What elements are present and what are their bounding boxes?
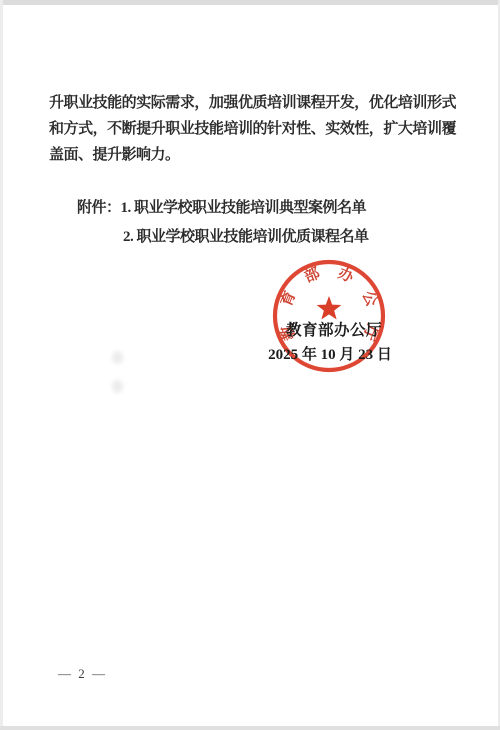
scan-smudge [112,351,123,364]
body-line-2: 和方式，不断提升职业技能培训的针对性、实效性，扩大培训覆 [49,116,456,142]
document-date: 2025 年 10 月 23 日 [250,343,410,364]
scan-edge-bottom [0,726,500,730]
attachment-label: 附件： [77,200,121,216]
scan-edge-top [0,0,500,5]
seal-star-icon [317,296,342,320]
body-line-3: 盖面、提升影响力。 [49,142,456,168]
attachment-line-2: 2. 职业学校职业技能培训优质课程名单 [123,225,369,246]
body-line-1: 升职业技能的实际需求，加强优质培训课程开发，优化培训形式 [49,90,456,116]
attachment-line-1: 附件：1. 职业学校职业技能培训典型案例名单 [77,196,366,217]
scan-smudge [112,380,123,393]
attachment-item-1: 1. 职业学校职业技能培训典型案例名单 [121,200,367,216]
attachment-item-2: 2. 职业学校职业技能培训优质课程名单 [123,229,369,245]
page-number: — 2 — [58,666,107,682]
issuing-authority-signature: 教育部办公厅 [274,318,394,340]
scan-edge-left [0,0,3,730]
body-paragraph: 升职业技能的实际需求，加强优质培训课程开发，优化培训形式 和方式，不断提升职业技… [49,90,456,168]
